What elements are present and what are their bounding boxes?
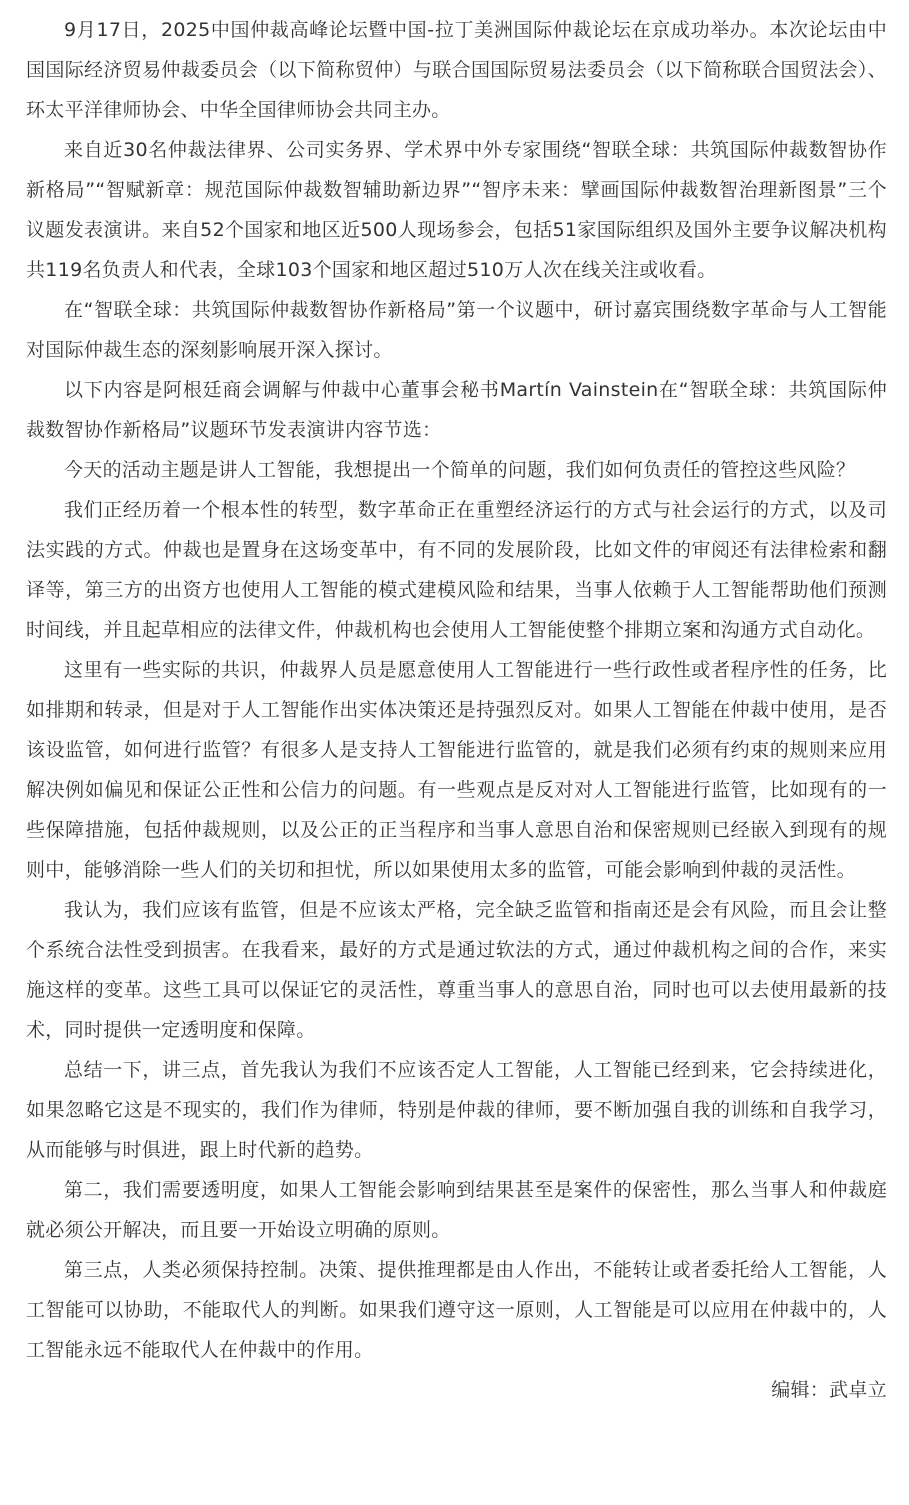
- paragraph-summary-second: 第二，我们需要透明度，如果人工智能会影响到结果甚至是案件的保密性，那么当事人和仲…: [26, 1170, 887, 1250]
- paragraph-regulation-view: 我认为，我们应该有监管，但是不应该太严格，完全缺乏监管和指南还是会有风险，而且会…: [26, 890, 887, 1050]
- paragraph-speech-question: 今天的活动主题是讲人工智能，我想提出一个简单的问题，我们如何负责任的管控这些风险…: [26, 450, 887, 490]
- paragraph-transformation: 我们正经历着一个根本性的转型，数字革命正在重塑经济运行的方式与社会运行的方式，以…: [26, 490, 887, 650]
- paragraph-speech-intro: 以下内容是阿根廷商会调解与仲裁中心董事会秘书Martín Vainstein在“…: [26, 370, 887, 450]
- paragraph-first-topic: 在“智联全球：共筑国际仲裁数智协作新格局”第一个议题中，研讨嘉宾围绕数字革命与人…: [26, 290, 887, 370]
- paragraph-speakers: 来自近30名仲裁法律界、公司实务界、学术界中外专家围绕“智联全球：共筑国际仲裁数…: [26, 130, 887, 290]
- paragraph-summary-third: 第三点，人类必须保持控制。决策、提供推理都是由人作出，不能转让或者委托给人工智能…: [26, 1250, 887, 1370]
- paragraph-consensus: 这里有一些实际的共识，仲裁界人员是愿意使用人工智能进行一些行政性或者程序性的任务…: [26, 650, 887, 890]
- editor-credit: 编辑：武卓立: [26, 1370, 887, 1410]
- paragraph-intro: 9月17日，2025中国仲裁高峰论坛暨中国-拉丁美洲国际仲裁论坛在京成功举办。本…: [26, 10, 887, 130]
- paragraph-summary-first: 总结一下，讲三点，首先我认为我们不应该否定人工智能，人工智能已经到来，它会持续进…: [26, 1050, 887, 1170]
- article-body: 9月17日，2025中国仲裁高峰论坛暨中国-拉丁美洲国际仲裁论坛在京成功举办。本…: [26, 10, 887, 1410]
